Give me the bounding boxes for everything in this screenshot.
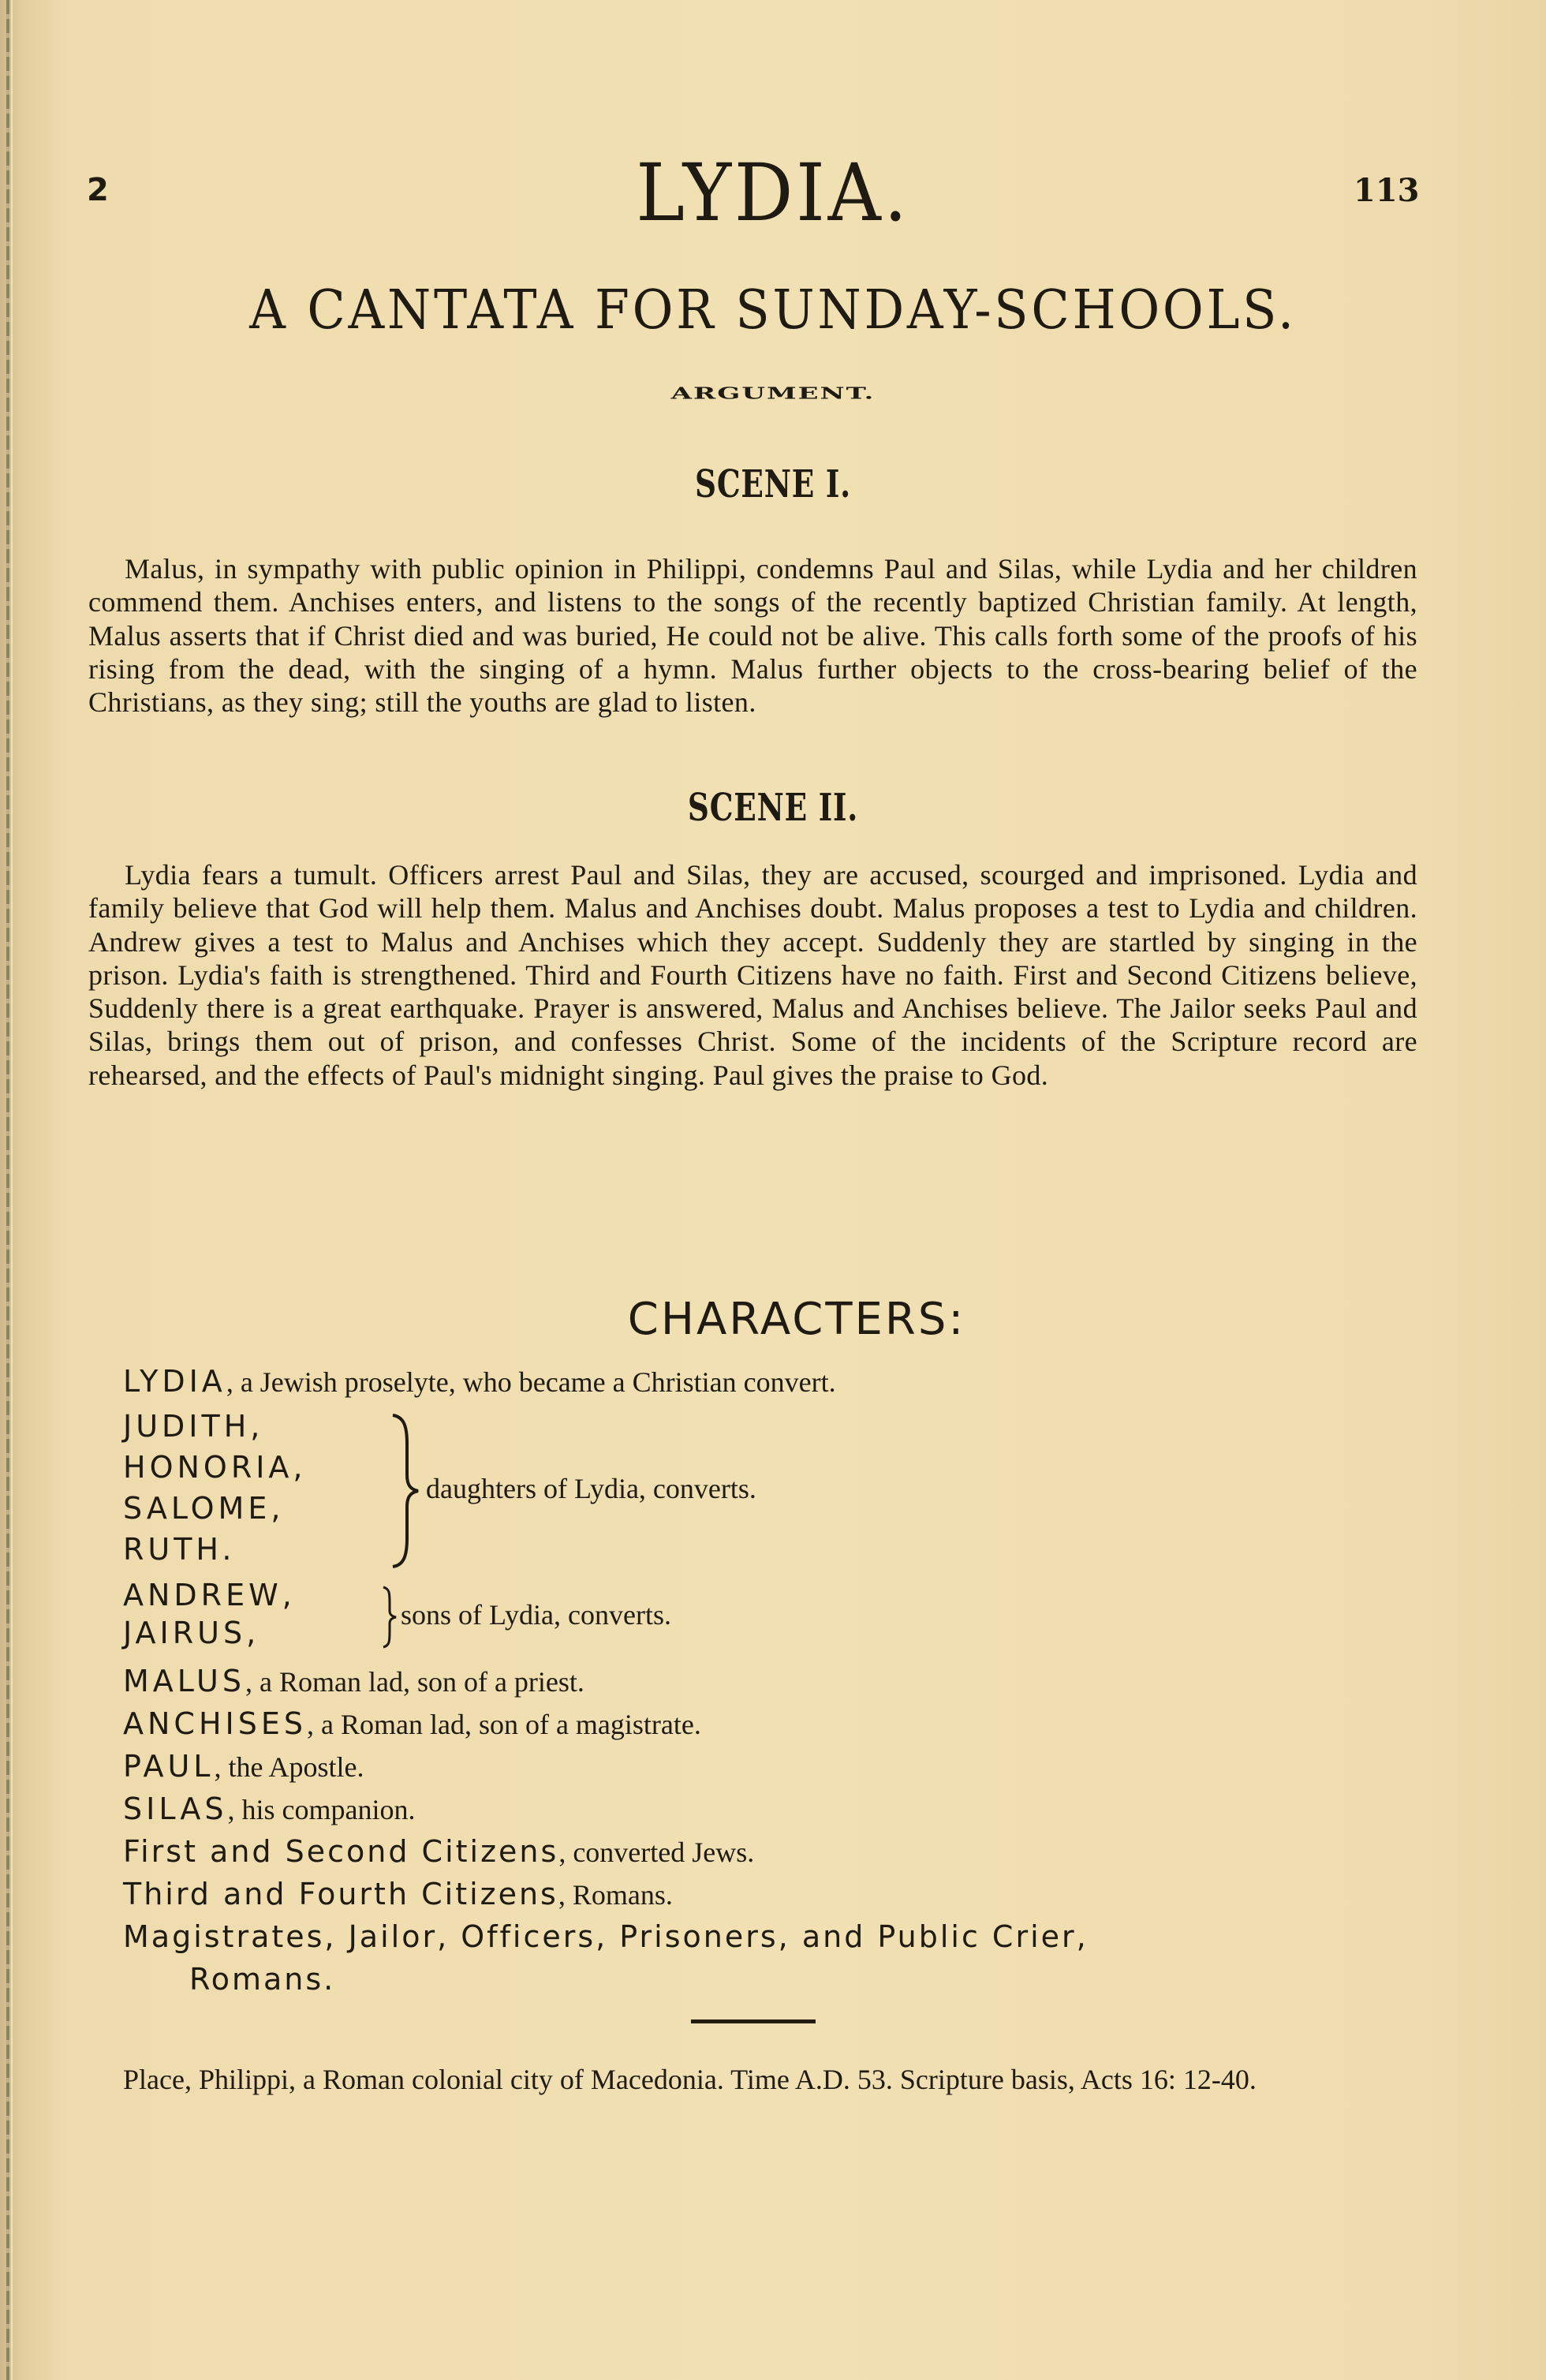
- character-lydia: LYDIA, a Jewish proselyte, who became a …: [123, 1366, 836, 1396]
- character-third-fourth-citizens: Third and Fourth Citizens, Romans.: [123, 1879, 673, 1909]
- character-name: Magistrates, Jailor, Officers, Prisoners…: [123, 1919, 1089, 1954]
- character-name: PAUL: [123, 1749, 214, 1784]
- character-name: JUDITH,: [123, 1406, 307, 1447]
- character-desc: , his companion.: [228, 1794, 416, 1825]
- page-binding-edge: [6, 0, 9, 2380]
- character-desc: , the Apostle.: [214, 1751, 364, 1783]
- character-desc: , converted Jews.: [558, 1836, 754, 1868]
- right-brace-icon: [379, 1586, 402, 1649]
- character-name: ANDREW,: [123, 1576, 296, 1614]
- character-silas: SILAS, his companion.: [123, 1794, 415, 1824]
- argument-heading: ARGUMENT.: [0, 386, 1546, 402]
- character-anchises: ANCHISES, a Roman lad, son of a magistra…: [123, 1709, 701, 1739]
- scene-2-heading: SCENE II.: [170, 789, 1376, 827]
- character-name: HONORIA,: [123, 1447, 307, 1488]
- right-brace-icon: [386, 1412, 426, 1570]
- character-name: MALUS: [123, 1664, 245, 1698]
- character-desc: , Romans.: [558, 1879, 673, 1911]
- character-first-second-citizens: First and Second Citizens, converted Jew…: [123, 1836, 754, 1866]
- character-name: Romans.: [189, 1962, 335, 1997]
- character-name: JAIRUS,: [123, 1614, 296, 1652]
- characters-heading: CHARACTERS:: [0, 1298, 1546, 1342]
- character-malus: MALUS, a Roman lad, son of a priest.: [123, 1666, 584, 1696]
- page-title: LYDIA.: [54, 154, 1492, 233]
- section-divider: [691, 2019, 816, 2023]
- character-name: SILAS: [123, 1792, 228, 1826]
- character-desc: , a Jewish proselyte, who became a Chris…: [226, 1366, 836, 1398]
- character-magistrates-etc: Magistrates, Jailor, Officers, Prisoners…: [123, 1922, 1089, 1952]
- daughters-names: JUDITH, HONORIA, SALOME, RUTH.: [123, 1406, 307, 1570]
- character-continuation: Romans.: [189, 1964, 335, 1994]
- page-binding-edge-highlight: [11, 0, 13, 2380]
- page-subtitle: A CANTATA FOR SUNDAY-SCHOOLS.: [54, 284, 1492, 338]
- character-name: Third and Fourth Citizens: [123, 1877, 558, 1911]
- scene-1-heading: SCENE I.: [170, 465, 1376, 503]
- sons-description: sons of Lydia, converts.: [401, 1598, 671, 1631]
- character-desc: , a Roman lad, son of a magistrate.: [307, 1709, 701, 1740]
- daughters-description: daughters of Lydia, converts.: [426, 1472, 756, 1505]
- sons-names: ANDREW, JAIRUS,: [123, 1576, 296, 1652]
- character-name: First and Second Citizens: [123, 1834, 558, 1869]
- character-name: ANCHISES: [123, 1706, 307, 1741]
- character-name: LYDIA: [123, 1364, 226, 1399]
- scene-1-text: Malus, in sympathy with public opinion i…: [88, 552, 1417, 719]
- character-name: RUTH.: [123, 1529, 307, 1570]
- scene-2-text: Lydia fears a tumult. Officers arrest Pa…: [88, 858, 1417, 1092]
- setting-note: Place, Philippi, a Roman colonial city o…: [123, 2057, 1417, 2102]
- character-paul: PAUL, the Apostle.: [123, 1751, 364, 1781]
- character-name: SALOME,: [123, 1488, 307, 1529]
- character-desc: , a Roman lad, son of a priest.: [245, 1666, 584, 1698]
